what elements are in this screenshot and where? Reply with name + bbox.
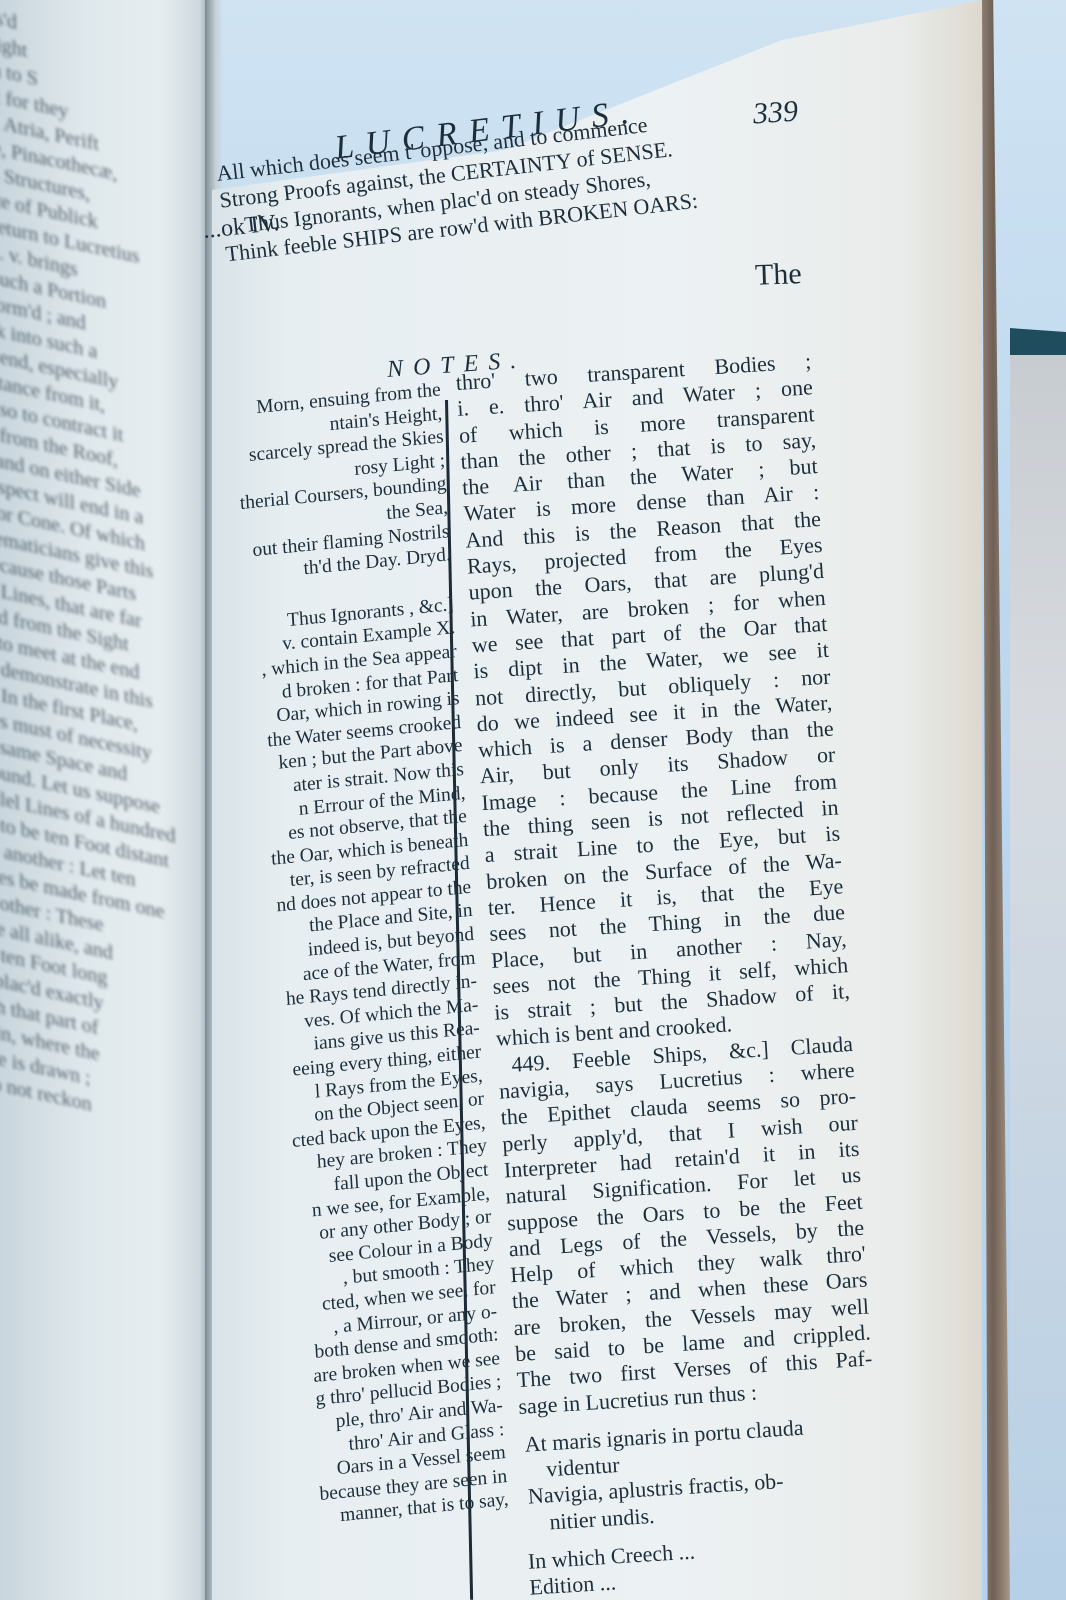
catchword: The <box>754 257 802 293</box>
page-block-edge <box>982 0 1010 1600</box>
facing-page-left: pres'd d Sight Sun to Slet ; for they ul… <box>0 0 212 1600</box>
page-text-layer: LUCRETIUS. 339 ...ok IV. All which does … <box>215 0 815 1600</box>
facing-page-text: pres'd d Sight Sun to Slet ; for they ul… <box>0 0 212 1147</box>
background-surface <box>1010 355 1066 1600</box>
notes-right-column: thro' two transparent Bodies ;i. e. thro… <box>455 348 886 1600</box>
